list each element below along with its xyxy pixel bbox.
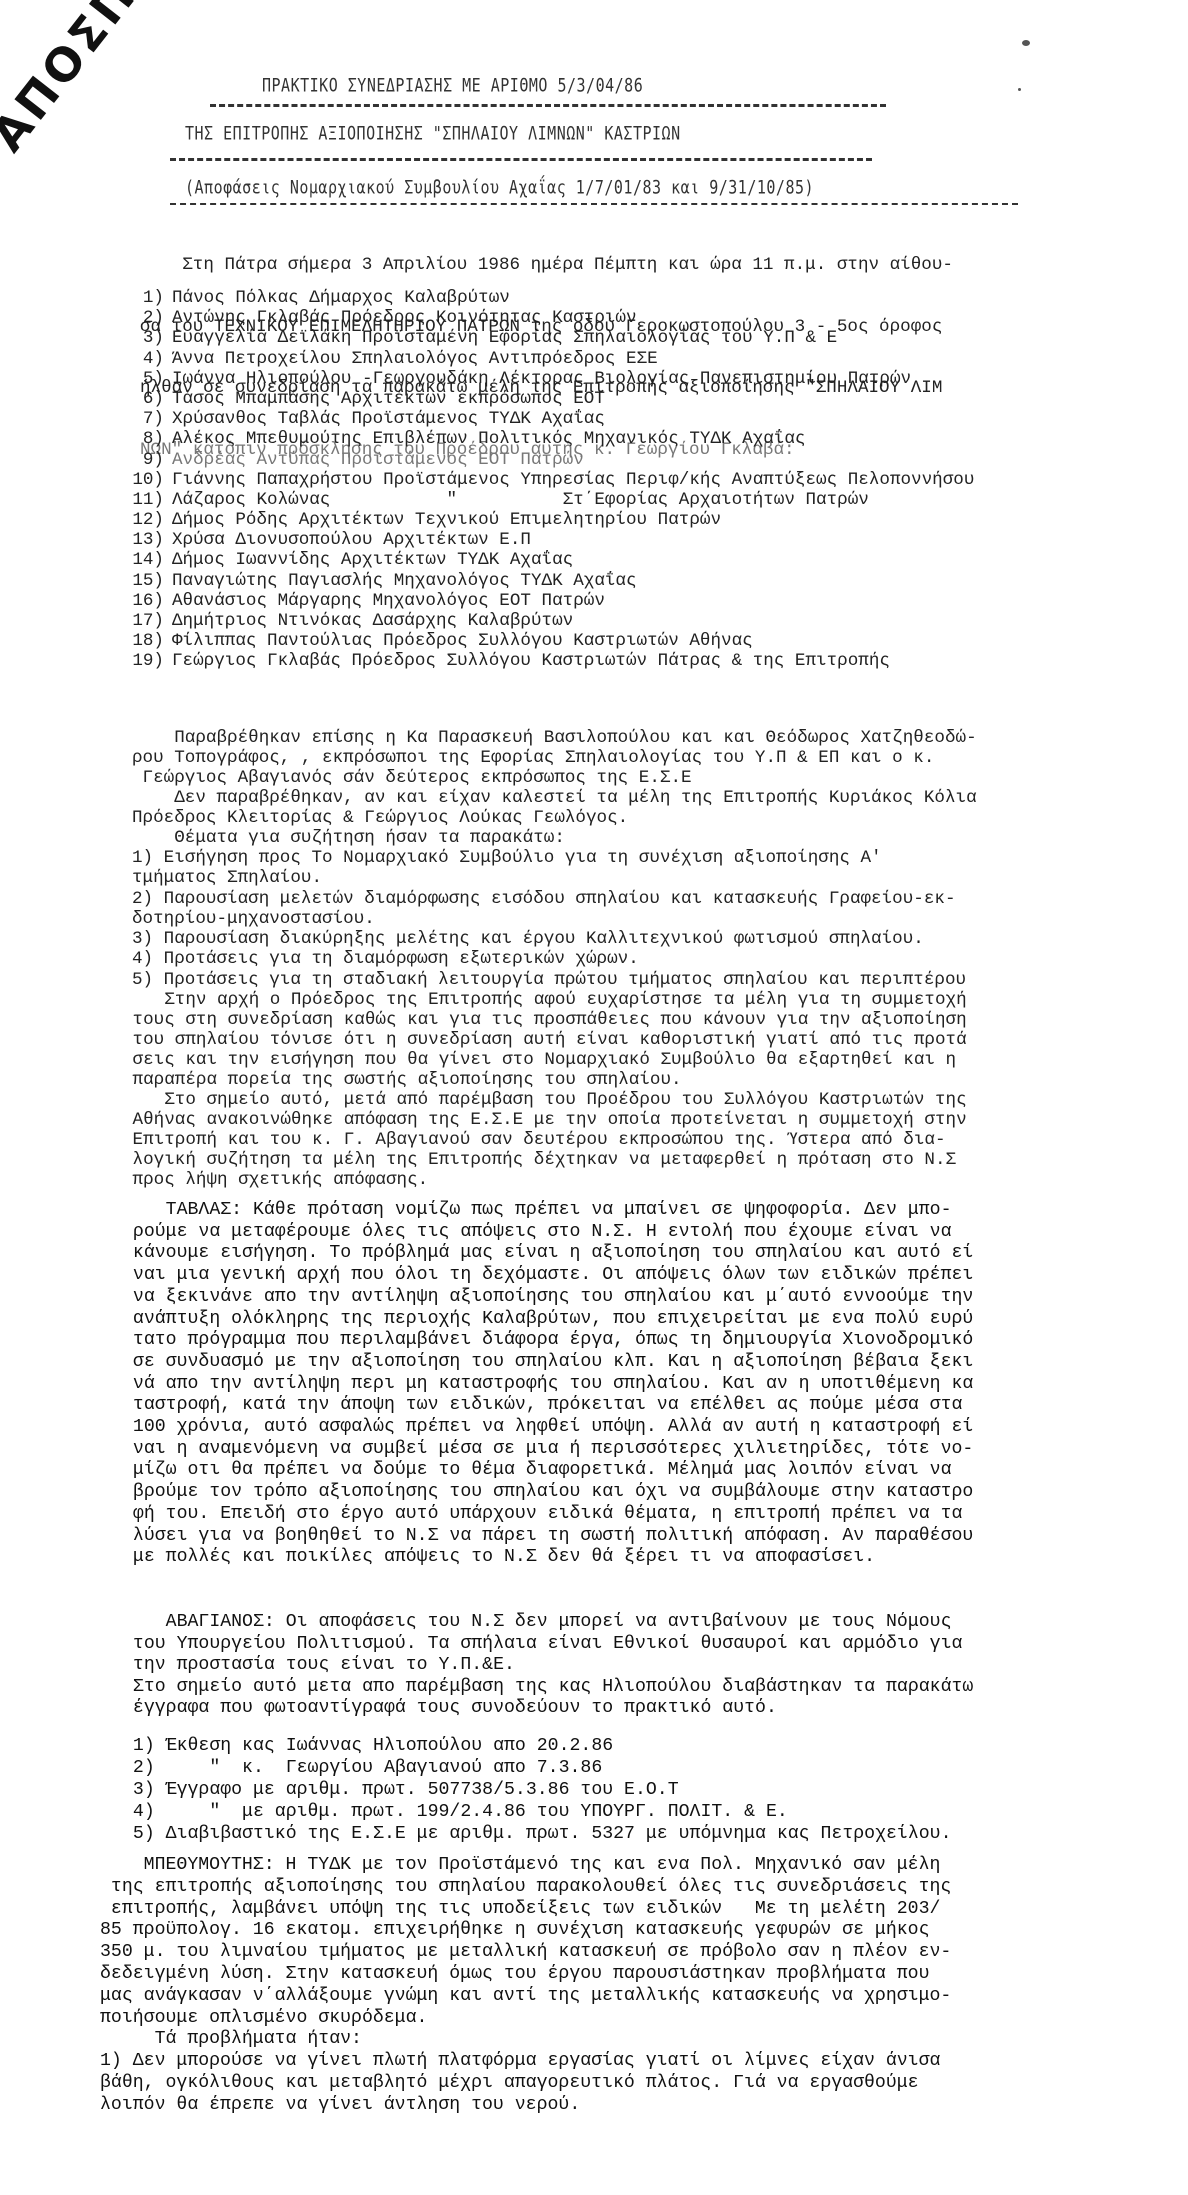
attendee-name-role: Χρύσα Διονυσοπούλου Αρχιτέκτων Ε.Π (172, 530, 531, 550)
avagianos-line: του Υπουργείου Πολιτισμού. Τα σπήλαια εί… (122, 1634, 973, 1656)
attendee-name-role: Λάζαρος Κολώνας " Στ΄Εφορίας Αρχαιοτήτων… (172, 490, 869, 510)
also-present-line: Πρόεδρος Κλειτορίας & Γεώργιος Λούκας Γε… (132, 808, 977, 828)
also-present-line: Θέματα για συζήτηση ήσαν τα παρακάτω: (132, 828, 977, 848)
decisions-reference: (Αποφάσεις Νομαρχιακού Συμβουλίου Αχαΐας… (185, 176, 814, 199)
tavlas-line: τατο πρόγραμμα που περιλαμβάνει διάφορα … (122, 1330, 973, 1352)
agenda-line: 1) Εισήγηση προς Το Νομαρχιακό Συμβούλιο… (132, 848, 966, 868)
bethymoutis-line: επιτροπής, λαμβάνει υπόψη της τις υποδεί… (100, 1899, 951, 1921)
tavlas-line: φή του. Επειδή στο έργο αυτό υπάρχουν ει… (122, 1504, 973, 1526)
attendee-item: 1)Πάνος Πόλκας Δήμαρχος Καλαβρύτων (130, 288, 974, 308)
document-page: ΑΠΟΣΠΑΣΜΑΤΑ ΠΡΑΚΤΙΚΟ ΣΥΝΕΔΡΙΑΣΗΣ ΜΕ ΑΡΙΘ… (0, 0, 1188, 2195)
attendee-item: 10)Γιάννης Παπαχρήστου Προϊστάμενος Υπηρ… (130, 470, 974, 490)
attendee-number: 3) (130, 328, 164, 348)
attendee-item: 5)Ιωάννα Ηλιοπούλου -Γεωργουδάκη Λέκτορα… (130, 369, 974, 389)
tavlas-line: ταστροφή, κατά την άποψη των ειδικών, πρ… (122, 1395, 973, 1417)
also-present-line: Δεν παραβρέθηκαν, αν και είχαν καλεστεί … (132, 788, 977, 808)
tavlas-line: λύσει για να βοηθηθεί το Ν.Σ να πάρει τη… (122, 1526, 973, 1548)
document-item: 4) " με αριθμ. πρωτ. 199/2.4.86 του ΥΠΟΥ… (122, 1801, 952, 1823)
bethymoutis-line: Τά προβλήματα ήταν: (100, 2029, 951, 2051)
bethymoutis-line: 85 προϋπολογ. 16 εκατομ. επιχειρήθηκε η … (100, 1920, 951, 1942)
attendee-number: 8) (130, 429, 164, 449)
attendee-item: 4)Άννα Πετροχείλου Σπηλαιολόγος Αντιπρόε… (130, 349, 974, 369)
scan-speck (1022, 40, 1030, 46)
attendee-item: 7)Χρύσανθος Ταβλάς Προϊστάμενος ΤΥΔΚ Αχα… (130, 409, 974, 429)
attendee-number: 15) (130, 571, 164, 591)
tavlas-line: σε συνδυασμό με την αξιοποίηση του σπηλα… (122, 1352, 973, 1374)
opening-paragraph: Στην αρχή ο Πρόεδρος της Επιτροπής αφού … (122, 990, 967, 1190)
attendee-number: 17) (130, 611, 164, 631)
document-item: 1) Έκθεση κας Ιωάννας Ηλιοπούλου απο 20.… (122, 1735, 952, 1757)
attendee-number: 6) (130, 389, 164, 409)
committee-title: ΤΗΣ ΕΠΙΤΡΟΠΗΣ ΑΞΙΟΠΟΙΗΣΗΣ "ΣΠΗΛΑΙΟΥ ΛΙΜΝ… (185, 122, 681, 145)
bethymoutis-line: δεδειγμένη λύση. Στην κατασκευή όμως του… (100, 1964, 951, 1986)
decisions-underline (170, 203, 1018, 205)
attendee-name-role: Δήμος Ρόδης Αρχιτέκτων Τεχνικού Επιμελητ… (172, 510, 721, 530)
attendee-name-role: Φίλιππας Παντούλιας Πρόεδρος Συλλόγου Κα… (172, 631, 753, 651)
tavlas-line: 100 χρόνια, αυτό ασφαλώς πρέπει να ληφθε… (122, 1417, 973, 1439)
attendee-number: 7) (130, 409, 164, 429)
attendee-number: 13) (130, 530, 164, 550)
attendee-name-role: Αθανάσιος Μάργαρης Μηχανολόγος ΕΟΤ Πατρώ… (172, 591, 605, 611)
bethymoutis-line: της επιτροπής αξιοποίησης του σπηλαίου π… (100, 1877, 951, 1899)
also-present-line: Παραβρέθηκαν επίσης η Κα Παρασκευή Βασιλ… (132, 728, 977, 748)
also-present-line: Γεώργιος Αβαγιανός σάν δεύτερος εκπρόσωπ… (132, 768, 977, 788)
attendee-item: 18)Φίλιππας Παντούλιας Πρόεδρος Συλλόγου… (130, 631, 974, 651)
attendee-item: 16)Αθανάσιος Μάργαρης Μηχανολόγος ΕΟΤ Πα… (130, 591, 974, 611)
avagianos-statement: ΑΒΑΓΙΑΝΟΣ: Οι αποφάσεις του Ν.Σ δεν μπορ… (122, 1612, 973, 1720)
tavlas-line: ανάπτυξη ολόκληρης της περιοχής Καλαβρύτ… (122, 1309, 973, 1331)
tavlas-line: ρούμε να μεταφέρουμε όλες τις απόψεις στ… (122, 1222, 973, 1244)
opening-line: Στην αρχή ο Πρόεδρος της Επιτροπής αφού … (122, 990, 967, 1010)
attendee-number: 10) (130, 470, 164, 490)
agenda-list: 1) Εισήγηση προς Το Νομαρχιακό Συμβούλιο… (132, 848, 966, 990)
bethymoutis-line: λοιπόν θα έπρεπε να γίνει άντληση του νε… (100, 2095, 951, 2117)
bethymoutis-line: βάθη, ογκόλιθους και μεταβλητό μέχρι απα… (100, 2073, 951, 2095)
attendee-name-role: Άννα Πετροχείλου Σπηλαιολόγος Αντιπρόεδρ… (172, 349, 658, 369)
attendee-name-role: Γιάννης Παπαχρήστου Προϊστάμενος Υπηρεσί… (172, 470, 974, 490)
opening-line: παραπέρα πορεία της σωστής αξιοποίησης τ… (122, 1070, 967, 1090)
opening-line: του σπηλαίου τόνισε ότι η συνεδρίαση αυτ… (122, 1030, 967, 1050)
tavlas-line: μίζω οτι θα πρέπει να δούμε το θέμα διαφ… (122, 1460, 973, 1482)
tavlas-line: ναι η αναμενόμενη να συμβεί μέσα σε μια … (122, 1439, 973, 1461)
agenda-line: 2) Παρουσίαση μελετών διαμόρφωσης εισόδο… (132, 889, 966, 909)
scan-speck (1018, 88, 1021, 91)
attendee-name-role: Τάσος Μπαμπάσης Αρχιτέκτων εκπρόσωπος ΕΟ… (172, 389, 605, 409)
tavlas-line: νά απο την αντίληψη περι μη καταστροφής … (122, 1374, 973, 1396)
attendees-list: 1)Πάνος Πόλκας Δήμαρχος Καλαβρύτων2)Αντώ… (130, 288, 974, 672)
attendee-name-role: Γεώργιος Γκλαβάς Πρόεδρος Συλλόγου Καστρ… (172, 651, 890, 671)
avagianos-line: έγγραφα που φωτοαντίγραφά τους συνοδεύου… (122, 1698, 973, 1720)
attendee-name-role: Ιωάννα Ηλιοπούλου -Γεωργουδάκη Λέκτορας … (172, 369, 911, 389)
attendee-name-role: Αντώνης Γκλαβάς Πρόεδρος Κοινότητας Καστ… (172, 308, 637, 328)
bethymoutis-line: 1) Δεν μπορούσε να γίνει πλωτή πλατφόρμα… (100, 2051, 951, 2073)
bethymoutis-line: 350 μ. του λιμναίου τμήματος με μεταλλικ… (100, 1942, 951, 1964)
attendee-name-role: Ευαγγελία Δεϊλάκη Προϊσταμένη Εφορίας Σπ… (172, 328, 837, 348)
committee-underline (170, 158, 872, 161)
attendee-item: 6)Τάσος Μπαμπάσης Αρχιτέκτων εκπρόσωπος … (130, 389, 974, 409)
attendee-number: 2) (130, 308, 164, 328)
attendee-item: 14)Δήμος Ιωαννίδης Αρχιτέκτων ΤΥΔΚ Αχαΐα… (130, 550, 974, 570)
tavlas-line: με πολλές και ποικίλες απόψεις το Ν.Σ δε… (122, 1547, 973, 1569)
opening-line: τους στη συνεδρίαση καθώς και για τις πρ… (122, 1010, 967, 1030)
attendee-name-role: Δήμος Ιωαννίδης Αρχιτέκτων ΤΥΔΚ Αχαΐας (172, 550, 573, 570)
attendee-number: 16) (130, 591, 164, 611)
attendee-item: 17)Δημήτριος Ντινόκας Δασάρχης Καλαβρύτω… (130, 611, 974, 631)
tavlas-line: να ξεκινάνε απο την αντίληψη αξιοποίησης… (122, 1287, 973, 1309)
attendee-name-role: Χρύσανθος Ταβλάς Προϊστάμενος ΤΥΔΚ Αχαΐα… (172, 409, 605, 429)
agenda-line: 3) Παρουσίαση διακύρηξης μελέτης και έργ… (132, 929, 966, 949)
bethymoutis-line: ποιήσουμε οπλισμένο σκυρόδεμα. (100, 2008, 951, 2030)
attendee-item: 11)Λάζαρος Κολώνας " Στ΄Εφορίας Αρχαιοτή… (130, 490, 974, 510)
attendee-name-role: Πάνος Πόλκας Δήμαρχος Καλαβρύτων (172, 288, 510, 308)
document-item: 5) Διαβιβαστικό της Ε.Σ.Ε με αριθμ. πρωτ… (122, 1823, 952, 1845)
bethymoutis-line: μας ανάγκασαν ν΄αλλάξουμε γνώμη και αντί… (100, 1986, 951, 2008)
opening-line: προς λήψη σχετικής απόφασης. (122, 1170, 967, 1190)
attendee-name-role: Παναγιώτης Παγιασλής Μηχανολόγος ΤΥΔΚ Αχ… (172, 571, 637, 591)
avagianos-line: την προστασία τους είναι το Υ.Π.&Ε. (122, 1655, 973, 1677)
attendee-item: 8)Αλέκος Μπεθυμούτης Επιβλέπων Πολιτικός… (130, 429, 974, 449)
title-underline (210, 104, 886, 107)
intro-line: Στη Πάτρα σήμερα 3 Απριλίου 1986 ημέρα Π… (140, 255, 953, 276)
tavlas-line: βρούμε τον τρόπο αξιοποίησης του σπηλαίο… (122, 1482, 973, 1504)
agenda-line: δοτηρίου-μηχανοστασίου. (132, 909, 966, 929)
attendee-item: 19)Γεώργιος Γκλαβάς Πρόεδρος Συλλόγου Κα… (130, 651, 974, 671)
tavlas-statement: ΤΑΒΛΑΣ: Κάθε πρόταση νομίζω πως πρέπει ν… (122, 1200, 973, 1569)
attendee-item: 9)Ανδρέας Αντύπας Προϊστάμενος ΕΟΤ Πατρώ… (130, 450, 974, 470)
attendee-name-role: Αλέκος Μπεθυμούτης Επιβλέπων Πολιτικός Μ… (172, 429, 805, 449)
opening-line: λογική συζήτηση τα μέλη της Επιτροπής δέ… (122, 1150, 967, 1170)
attendee-number: 14) (130, 550, 164, 570)
opening-line: σεις και την εισήγηση που θα γίνει στο Ν… (122, 1050, 967, 1070)
agenda-line: τμήματος Σπηλαίου. (132, 868, 966, 888)
tavlas-line: ΤΑΒΛΑΣ: Κάθε πρόταση νομίζω πως πρέπει ν… (122, 1200, 973, 1222)
attendee-item: 13)Χρύσα Διονυσοπούλου Αρχιτέκτων Ε.Π (130, 530, 974, 550)
opening-line: Επιτροπή και του κ. Γ. Αβαγιανού σαν δευ… (122, 1130, 967, 1150)
attendee-number: 11) (130, 490, 164, 510)
tavlas-line: κάνουμε εισήγηση. Το πρόβλημά μας είναι … (122, 1243, 973, 1265)
minutes-title: ΠΡΑΚΤΙΚΟ ΣΥΝΕΔΡΙΑΣΗΣ ΜΕ ΑΡΙΘΜΟ 5/3/04/86 (262, 74, 643, 97)
document-item: 2) " κ. Γεωργίου Αβαγιανού απο 7.3.86 (122, 1757, 952, 1779)
attendee-item: 12)Δήμος Ρόδης Αρχιτέκτων Τεχνικού Επιμε… (130, 510, 974, 530)
avagianos-line: ΑΒΑΓΙΑΝΟΣ: Οι αποφάσεις του Ν.Σ δεν μπορ… (122, 1612, 973, 1634)
opening-line: Αθήνας ανακοινώθηκε απόφαση της Ε.Σ.Ε με… (122, 1110, 967, 1130)
documents-list: 1) Έκθεση κας Ιωάννας Ηλιοπούλου απο 20.… (122, 1735, 952, 1845)
attendee-number: 19) (130, 651, 164, 671)
attendee-item: 3)Ευαγγελία Δεϊλάκη Προϊσταμένη Εφορίας … (130, 328, 974, 348)
attendee-item: 2)Αντώνης Γκλαβάς Πρόεδρος Κοινότητας Κα… (130, 308, 974, 328)
attendee-item: 15)Παναγιώτης Παγιασλής Μηχανολόγος ΤΥΔΚ… (130, 571, 974, 591)
tavlas-line: ναι μια γενική αρχή που όλοι τη δεχόμαστ… (122, 1265, 973, 1287)
attendee-name-role: Ανδρέας Αντύπας Προϊστάμενος ΕΟΤ Πατρών (172, 450, 584, 470)
attendee-number: 4) (130, 349, 164, 369)
also-present-paragraph: Παραβρέθηκαν επίσης η Κα Παρασκευή Βασιλ… (132, 728, 977, 848)
document-item: 3) Έγγραφο με αριθμ. πρωτ. 507738/5.3.86… (122, 1779, 952, 1801)
opening-line: Στο σημείο αυτό, μετά από παρέμβαση του … (122, 1090, 967, 1110)
attendee-number: 5) (130, 369, 164, 389)
attendee-number: 18) (130, 631, 164, 651)
attendee-number: 1) (130, 288, 164, 308)
agenda-line: 5) Προτάσεις για τη σταδιακή λειτουργία … (132, 970, 966, 990)
attendee-name-role: Δημήτριος Ντινόκας Δασάρχης Καλαβρύτων (172, 611, 573, 631)
bethymoutis-statement: ΜΠΕΘΥΜΟΥΤΗΣ: Η ΤΥΔΚ με τον Προϊστάμενό τ… (100, 1855, 951, 2117)
also-present-line: ρου Τοπογράφος, , εκπρόσωποι της Εφορίας… (132, 748, 977, 768)
bethymoutis-line: ΜΠΕΘΥΜΟΥΤΗΣ: Η ΤΥΔΚ με τον Προϊστάμενό τ… (100, 1855, 951, 1877)
agenda-line: 4) Προτάσεις για τη διαμόρφωση εξωτερικώ… (132, 949, 966, 969)
avagianos-line: Στο σημείο αυτό μετα απο παρέμβαση της κ… (122, 1677, 973, 1699)
attendee-number: 12) (130, 510, 164, 530)
attendee-number: 9) (130, 450, 164, 470)
